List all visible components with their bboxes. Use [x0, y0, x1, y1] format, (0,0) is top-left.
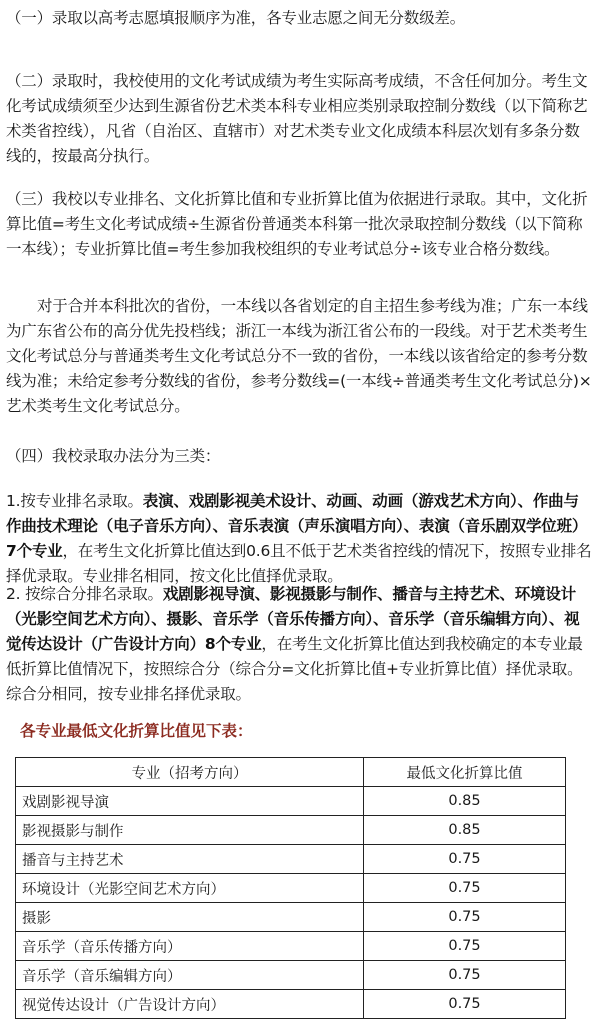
min-ratio: 0.75	[364, 961, 566, 990]
major-name: 视觉传达设计（广告设计方向）	[16, 990, 364, 1019]
table-row: 摄影0.75	[16, 903, 566, 932]
major-name: 环境设计（光影空间艺术方向）	[16, 874, 364, 903]
section-2-text: （二）录取时，我校使用的文化考试成绩为考生实际高考成绩，不含任何加分。考生文化考…	[6, 69, 594, 169]
table-row: 影视摄影与制作0.85	[16, 816, 566, 845]
table-row: 视觉传达设计（广告设计方向）0.75	[16, 990, 566, 1019]
min-ratio-table: 专业（招考方向） 最低文化折算比值 戏剧影视导演0.85 影视摄影与制作0.85…	[15, 757, 566, 1019]
min-ratio: 0.75	[364, 874, 566, 903]
min-ratio: 0.75	[364, 845, 566, 874]
section-1-text: （一）录取以高考志愿填报顺序为准，各专业志愿之间无分数级差。	[6, 6, 594, 31]
major-name: 音乐学（音乐编辑方向）	[16, 961, 364, 990]
table-caption: 各专业最低文化折算比值见下表：	[20, 719, 253, 741]
table-row: 播音与主持艺术0.75	[16, 845, 566, 874]
section-3-note: 对于合并本科批次的省份，一本线以各省划定的自主招生参考线为准；广东一本线为广东省…	[6, 294, 594, 419]
method-1-prefix: 1.按专业排名录取。	[6, 492, 143, 510]
major-name: 音乐学（音乐传播方向）	[16, 932, 364, 961]
table-row: 戏剧影视导演0.85	[16, 787, 566, 816]
method-1-rule: ，在考生文化折算比值达到0.6且不低于艺术类省控线的情况下，按照专业排名择优录取…	[6, 542, 591, 585]
method-2-prefix: 2. 按综合分排名录取。	[6, 585, 163, 603]
table-row: 音乐学（音乐传播方向）0.75	[16, 932, 566, 961]
min-ratio: 0.85	[364, 787, 566, 816]
min-ratio: 0.75	[364, 903, 566, 932]
major-name: 播音与主持艺术	[16, 845, 364, 874]
major-name: 戏剧影视导演	[16, 787, 364, 816]
header-min-ratio: 最低文化折算比值	[364, 758, 566, 787]
section-3-text: （三）我校以专业排名、文化折算比值和专业折算比值为依据进行录取。其中，文化折算比…	[6, 187, 594, 262]
min-ratio: 0.75	[364, 932, 566, 961]
table-header-row: 专业（招考方向） 最低文化折算比值	[16, 758, 566, 787]
method-1-text: 1.按专业排名录取。表演、戏剧影视美术设计、动画、动画（游戏艺术方向）、作曲与作…	[6, 489, 594, 589]
section-4-heading: （四）我校录取办法分为三类：	[6, 444, 594, 469]
table-row: 环境设计（光影空间艺术方向）0.75	[16, 874, 566, 903]
table-row: 音乐学（音乐编辑方向）0.75	[16, 961, 566, 990]
major-name: 摄影	[16, 903, 364, 932]
header-major: 专业（招考方向）	[16, 758, 364, 787]
method-2-text: 2. 按综合分排名录取。戏剧影视导演、影视摄影与制作、播音与主持艺术、环境设计（…	[6, 582, 594, 707]
min-ratio: 0.75	[364, 990, 566, 1019]
min-ratio: 0.85	[364, 816, 566, 845]
major-name: 影视摄影与制作	[16, 816, 364, 845]
